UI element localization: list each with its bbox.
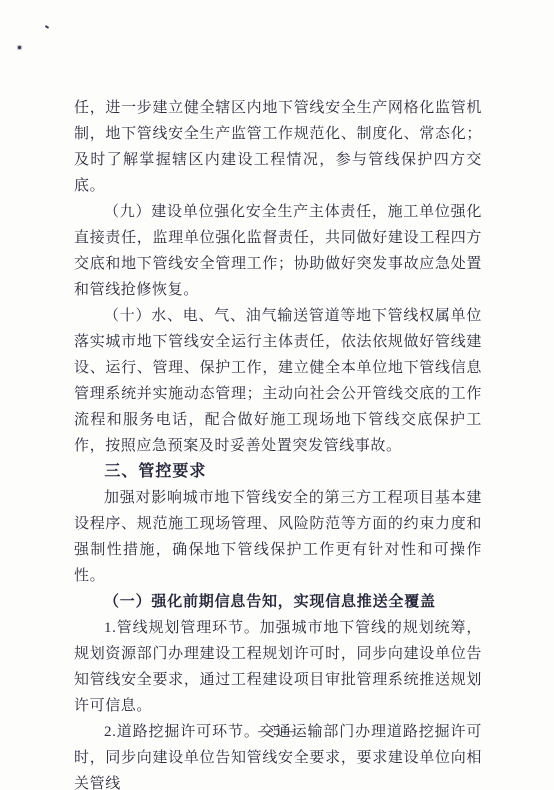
subsection-heading: （一）强化前期信息告知，实现信息推送全覆盖 <box>74 589 482 615</box>
body-paragraph: （九）建设单位强化安全生产主体责任，施工单位强化直接责任，监理单位强化监督责任，… <box>74 199 482 303</box>
ink-speck <box>45 25 49 29</box>
section-heading: 三、管控要求 <box>74 459 482 485</box>
body-paragraph: 1.管线规划管理环节。加强城市地下管线的规划统筹，规划资源部门办理建设工程规划许… <box>74 615 482 719</box>
body-paragraph: 加强对影响城市地下管线安全的第三方工程项目基本建设程序、规范施工现场管理、风险防… <box>74 485 482 589</box>
document-page: 任，进一步建立健全辖区内地下管线安全生产网格化监管机制，地下管线安全生产监管工作… <box>0 0 554 790</box>
ink-speck <box>18 46 21 49</box>
document-body: 任，进一步建立健全辖区内地下管线安全生产网格化监管机制，地下管线安全生产监管工作… <box>74 95 482 790</box>
body-paragraph: （十）水、电、气、油气输送管道等地下管线权属单位落实城市地下管线安全运行主体责任… <box>74 303 482 459</box>
body-paragraph: 任，进一步建立健全辖区内地下管线安全生产网格化监管机制，地下管线安全生产监管工作… <box>74 95 482 199</box>
page-number: —5— <box>0 724 554 740</box>
